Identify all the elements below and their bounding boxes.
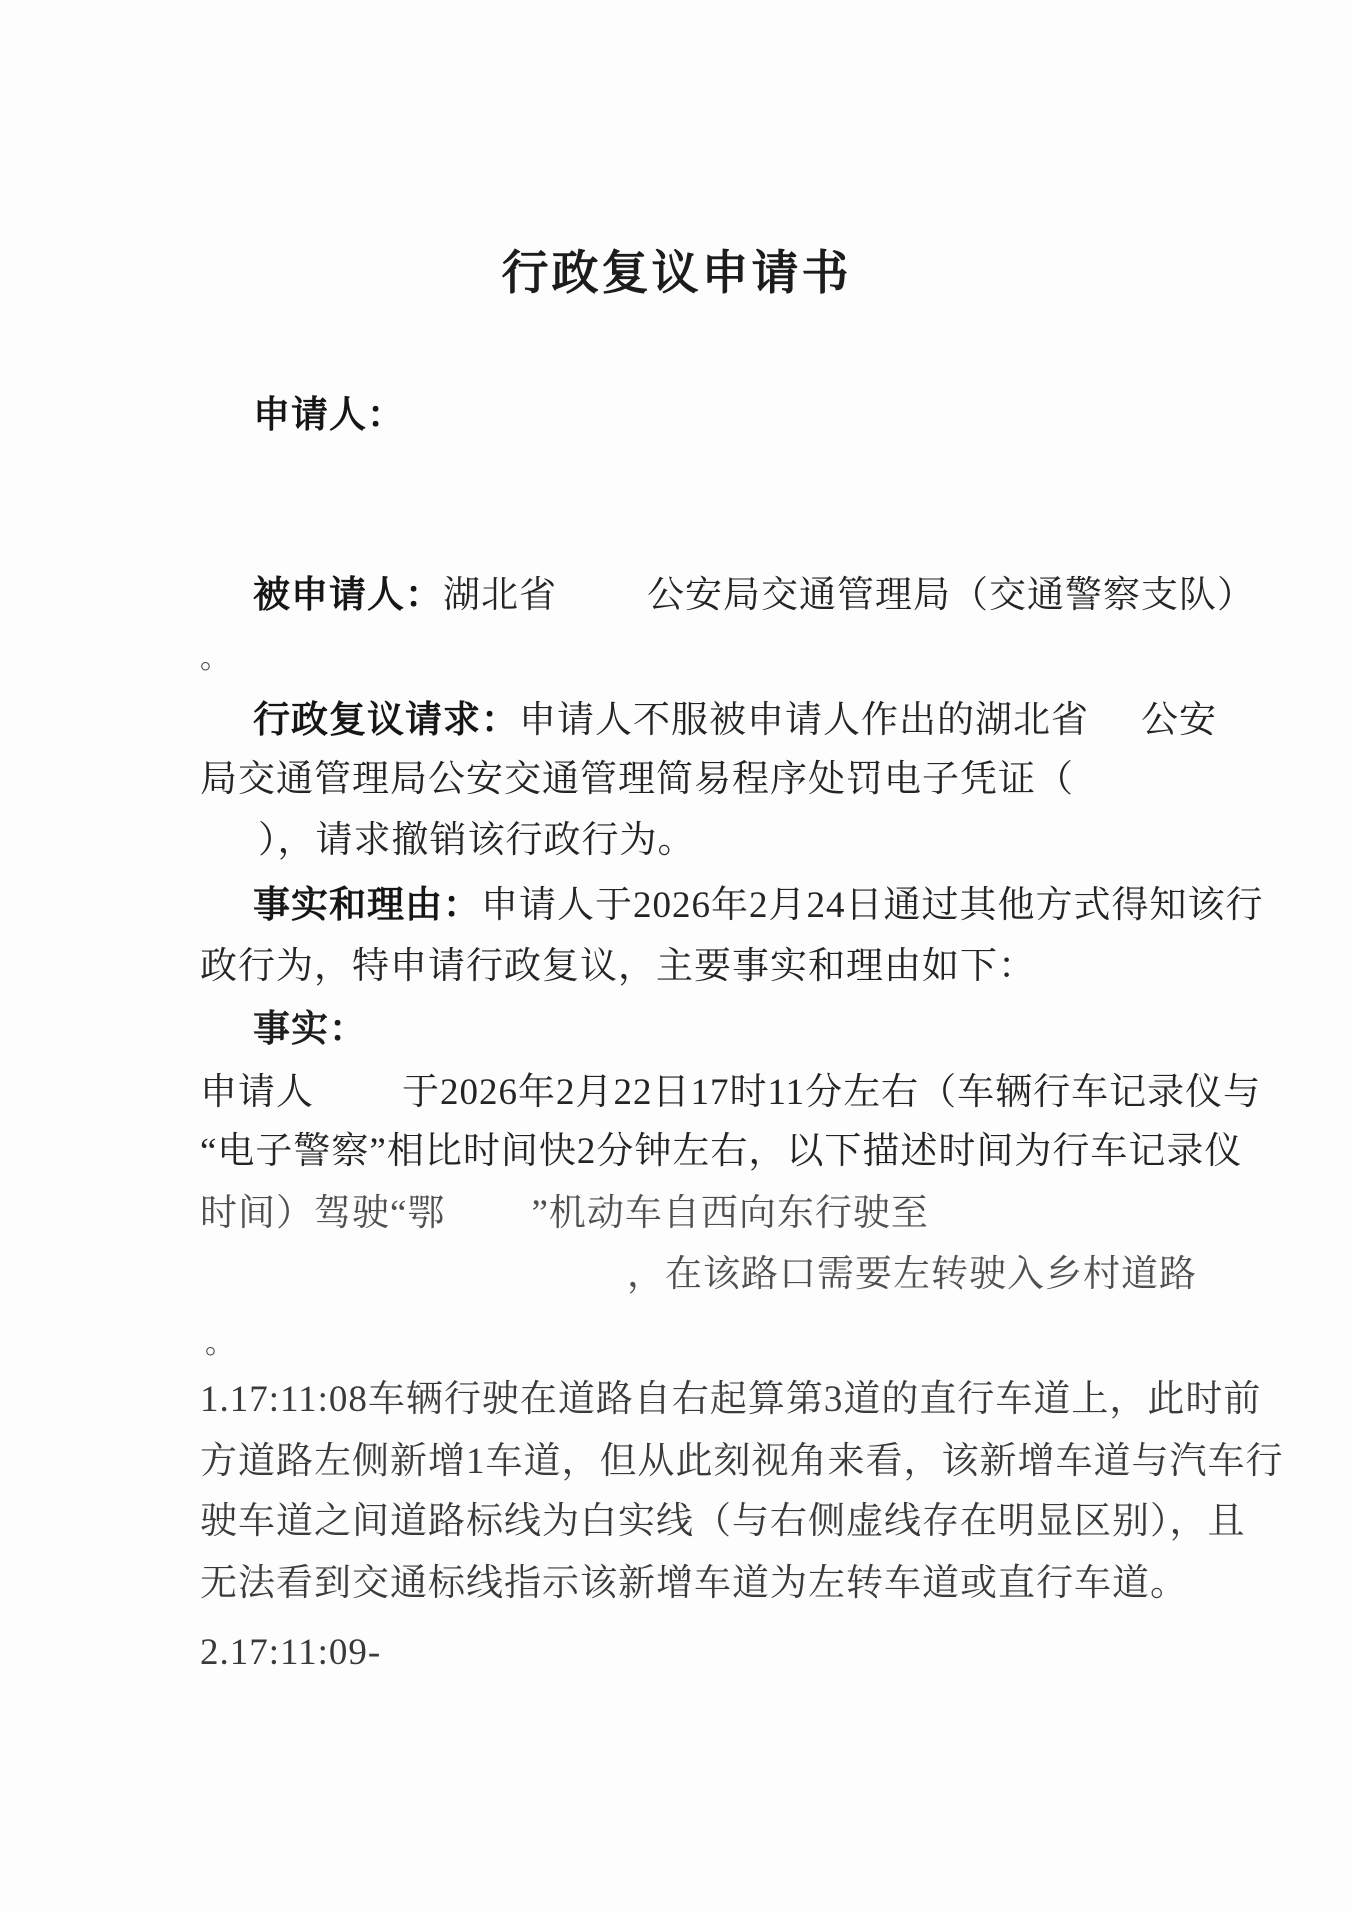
- point-1-line-4: 无法看到交通标线指示该新增车道为左转车道或直行车道。: [200, 1561, 1188, 1607]
- point-2-text-1: 2.17:11:09-: [200, 1632, 381, 1673]
- point-1-line-1: 1.17:11:08车辆行驶在道路自右起算第3道的直行车道上，此时前: [200, 1377, 1261, 1423]
- respondent-label: 被申请人：: [253, 574, 443, 615]
- request-label: 行政复议请求：: [253, 699, 519, 740]
- point-2-line-1: 2.17:11:09-: [200, 1630, 381, 1676]
- narrative-line-1: 申请人于2026年2月22日17时11分左右（车辆行车记录仪与: [200, 1070, 1261, 1116]
- narrative-text-4: ，在该路口需要左转驶入乡村道路: [627, 1254, 1197, 1295]
- applicant-label: 申请人：: [253, 394, 405, 435]
- point-1-text-1: 1.17:11:08车辆行驶在道路自右起算第3道的直行车道上，此时前: [200, 1379, 1261, 1420]
- point-1-text-4: 无法看到交通标线指示该新增车道为左转车道或直行车道。: [200, 1563, 1188, 1604]
- period-mark: 。: [205, 1327, 236, 1360]
- narrative-line-2: “电子警察”相比时间快2分钟左右，以下描述时间为行车记录仪: [200, 1129, 1242, 1175]
- facts-reasons-line-2: 政行为，特申请行政复议，主要事实和理由如下：: [200, 944, 1036, 990]
- facts-reasons-label: 事实和理由：: [253, 884, 481, 925]
- period-mark: 。: [200, 642, 231, 675]
- narrative-line-3: 时间）驾驶“鄂”机动车自西向东行驶至: [200, 1191, 929, 1237]
- facts-label: 事实：: [253, 1009, 367, 1050]
- facts-reasons-line-1: 事实和理由：申请人于2026年2月24日通过其他方式得知该行: [253, 882, 1264, 929]
- point-1-line-2: 方道路左侧新增1车道，但从此刻视角来看，该新增车道与汽车行: [200, 1439, 1284, 1485]
- narrative-text-1a: 申请人: [200, 1072, 314, 1113]
- respondent-text-part1: 湖北省: [443, 575, 557, 616]
- request-line-2: 局交通管理局公安交通管理简易程序处罚电子凭证（: [200, 757, 1074, 803]
- request-line-3: ），请求撤销该行政行为。: [258, 818, 696, 864]
- narrative-text-3a: 时间）驾驶“鄂: [200, 1193, 445, 1234]
- narrative-line-4: ，在该路口需要左转驶入乡村道路: [627, 1252, 1197, 1298]
- narrative-text-1b: 于2026年2月22日17时11分左右（车辆行车记录仪与: [402, 1072, 1261, 1113]
- facts-reasons-text-1: 申请人于2026年2月24日通过其他方式得知该行: [481, 885, 1264, 926]
- applicant-line: 申请人：: [253, 392, 405, 439]
- request-text-2: 局交通管理局公安交通管理简易程序处罚电子凭证（: [200, 759, 1074, 800]
- request-text-3: ），请求撤销该行政行为。: [258, 820, 696, 861]
- request-text-1a: 申请人不服被申请人作出的湖北省: [519, 700, 1089, 741]
- narrative-period-line: 。: [205, 1325, 236, 1363]
- facts-heading-line: 事实：: [253, 1007, 367, 1053]
- respondent-period-line: 。: [200, 640, 231, 678]
- respondent-line: 被申请人：湖北省公安局交通管理局（交通警察支队）: [253, 572, 1255, 619]
- redacted-gap: [314, 1103, 402, 1104]
- request-line-1: 行政复议请求：申请人不服被申请人作出的湖北省公安: [253, 697, 1217, 744]
- point-1-text-2: 方道路左侧新增1车道，但从此刻视角来看，该新增车道与汽车行: [200, 1441, 1284, 1482]
- redacted-gap: [445, 1224, 531, 1225]
- narrative-text-2: “电子警察”相比时间快2分钟左右，以下描述时间为行车记录仪: [200, 1131, 1242, 1172]
- point-1-line-3: 驶车道之间道路标线为白实线（与右侧虚线存在明显区别），且: [200, 1499, 1246, 1545]
- facts-reasons-text-2: 政行为，特申请行政复议，主要事实和理由如下：: [200, 946, 1036, 987]
- respondent-text-part2: 公安局交通管理局（交通警察支队）: [647, 575, 1255, 616]
- redacted-gap: [1089, 731, 1141, 732]
- document-title: 行政复议申请书: [0, 236, 1353, 303]
- redacted-gap: [557, 606, 647, 607]
- document-page: 行政复议申请书 申请人： 被申请人：湖北省公安局交通管理局（交通警察支队） 。 …: [0, 0, 1353, 1912]
- request-text-1b: 公安: [1141, 700, 1217, 741]
- point-1-text-3: 驶车道之间道路标线为白实线（与右侧虚线存在明显区别），且: [200, 1501, 1246, 1542]
- narrative-text-3b: ”机动车自西向东行驶至: [531, 1193, 928, 1234]
